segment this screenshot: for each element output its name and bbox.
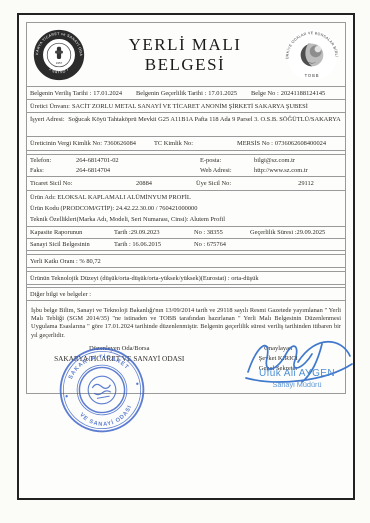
product-section: Ürün Adı: ELOKSAL KAPLAMALI ALÜMİNYUM PR…	[27, 191, 345, 227]
trade-registry-value: 20884	[92, 180, 196, 187]
product-name-value: ELOKSAL KAPLAMALI ALÜMİNYUM PROFİL	[57, 194, 190, 201]
doc-no-label: Belge No :	[251, 90, 279, 97]
producer-value: SACİT ZORLU METAL SANAYİ VE TİCARET ANON…	[72, 103, 308, 110]
capacity-report-label: Kapasite Raporunun	[30, 229, 114, 236]
certificate-header: SAKARYA TİCARET ve SANAYİ ODASI • SATSO …	[27, 23, 345, 87]
industry-registry-date: Tarih : 16.06.2015	[114, 241, 194, 248]
tax-id-row: Üreticinin Vergi Kimlik No: 7360626084 T…	[27, 137, 345, 151]
local-content-value: Yerli Katkı Oranı : % 80,72	[30, 258, 101, 265]
signer-name: Ufuk Ali AYGEN	[238, 368, 356, 379]
satso-year: 1957	[56, 61, 63, 65]
producer-label: Üretici Ünvanı:	[30, 103, 70, 110]
industry-registry-no: No : 675764	[194, 241, 250, 248]
product-code-value: 24.42.22.30.00 / 760421000000	[116, 205, 198, 212]
web-value: http://www.sz.com.tr	[254, 166, 342, 176]
member-registry-label: Üye Sicil No:	[196, 180, 270, 187]
capacity-report-date: Tarih :29.09.2023	[114, 229, 194, 236]
signer-title: Sanayi Müdürü	[238, 380, 356, 389]
fax-value: 264-6814704	[76, 166, 200, 176]
chamber-stamp-icon: SAKARYA TİCARET VE SANAYİ ODASI	[49, 337, 156, 444]
tech-level-value: Ürünün Teknolojik Düzeyi (düşük/orta-düş…	[30, 275, 259, 282]
doc-no-value: 20241188124145	[281, 90, 326, 97]
tax-id-label: Üreticinin Vergi Kimlik No:	[30, 140, 102, 147]
producer-row: Üretici Ünvanı: SACİT ZORLU METAL SANAYİ…	[27, 100, 345, 113]
email-value: bilgi@sz.com.tr	[254, 156, 342, 166]
meta-row: Belgenin Veriliş Tarihi : 17.01.2024 Bel…	[27, 87, 345, 100]
mersis-label: MERSİS No :	[237, 140, 273, 147]
valid-date-label: Belgenin Geçerlilik Tarihi :	[136, 90, 206, 97]
satso-seal-icon: SAKARYA TİCARET ve SANAYİ ODASI • SATSO …	[31, 27, 87, 83]
issue-date-value: 17.01.2024	[93, 90, 122, 97]
tc-id-label: TC Kimlik No:	[154, 140, 193, 147]
address-row: İşyeri Adresi: Soğucak Köyü Tahtaköprü M…	[27, 113, 345, 137]
capacity-report-row: Kapasite Raporunun Tarih :29.09.2023 No …	[27, 227, 345, 239]
product-tech-value: Alutem Profil	[190, 216, 225, 223]
contact-row: Telefon: 264-6814701-02 E-posta: bilgi@s…	[27, 154, 345, 177]
issue-date-label: Belgenin Veriliş Tarihi :	[30, 90, 91, 97]
product-code-row: Ürün Kodu (PRODCOM/GTİP): 24.42.22.30.00…	[30, 203, 342, 214]
product-tech-label: Teknik Özellikleri(Marka Adı, Modeli, Se…	[30, 216, 188, 223]
registry-row: Ticaret Sicil No: 20884 Üye Sicil No: 29…	[27, 177, 345, 191]
tobb-seal-icon: TÜRKİYE ODALAR VE BORSALAR BİRLİĞİ TOBB	[283, 26, 341, 84]
product-name-row: Ürün Adı: ELOKSAL KAPLAMALI ALÜMİNYUM PR…	[30, 192, 342, 203]
tech-level-row: Ürünün Teknolojik Düzeyi (düşük/orta-düş…	[27, 271, 345, 285]
local-content-row: Yerli Katkı Oranı : % 80,72	[27, 254, 345, 268]
product-code-label: Ürün Kodu (PRODCOM/GTİP):	[30, 205, 114, 212]
phone-label: Telefon:	[30, 156, 76, 166]
phone-value: 264-6814701-02	[76, 156, 200, 166]
trade-registry-label: Ticaret Sicil No:	[30, 180, 92, 187]
signer-block: Ufuk Ali AYGEN Sanayi Müdürü	[238, 368, 356, 389]
member-registry-value: 29112	[270, 180, 342, 187]
address-value: Soğucak Köyü Tahtaköprü Mevkii G25 A11B1…	[68, 116, 341, 123]
industry-registry-row: Sanayi Sicil Belgesinin Tarih : 16.06.20…	[27, 239, 345, 251]
mersis-value: 0736062608400024	[275, 140, 326, 147]
email-label: E-posta:	[200, 156, 254, 166]
other-docs-row: Diğer bilgi ve belgeler :	[27, 287, 345, 301]
industry-registry-label: Sanayi Sicil Belgesinin	[30, 241, 114, 248]
product-tech-row: Teknik Özellikleri(Marka Adı, Modeli, Se…	[30, 214, 342, 225]
valid-date-value: 17.01.2025	[208, 90, 237, 97]
fax-label: Faks:	[30, 166, 76, 176]
capacity-report-no: No : 38355	[194, 229, 250, 236]
product-name-label: Ürün Adı:	[30, 194, 56, 201]
address-label: İşyeri Adresi:	[30, 116, 65, 123]
capacity-report-validity: Geçerlilik Süresi :29.09.2025	[250, 229, 325, 236]
certificate-title: YERLİ MALI BELGESİ	[87, 35, 283, 75]
certificate-page: SAKARYA TİCARET ve SANAYİ ODASI • SATSO …	[0, 0, 370, 523]
web-label: Web Adresi:	[200, 166, 254, 176]
tobb-bottom-text: TOBB	[305, 73, 320, 78]
tax-id-value: 7360626084	[104, 140, 136, 147]
other-docs-value: Diğer bilgi ve belgeler :	[30, 291, 91, 298]
